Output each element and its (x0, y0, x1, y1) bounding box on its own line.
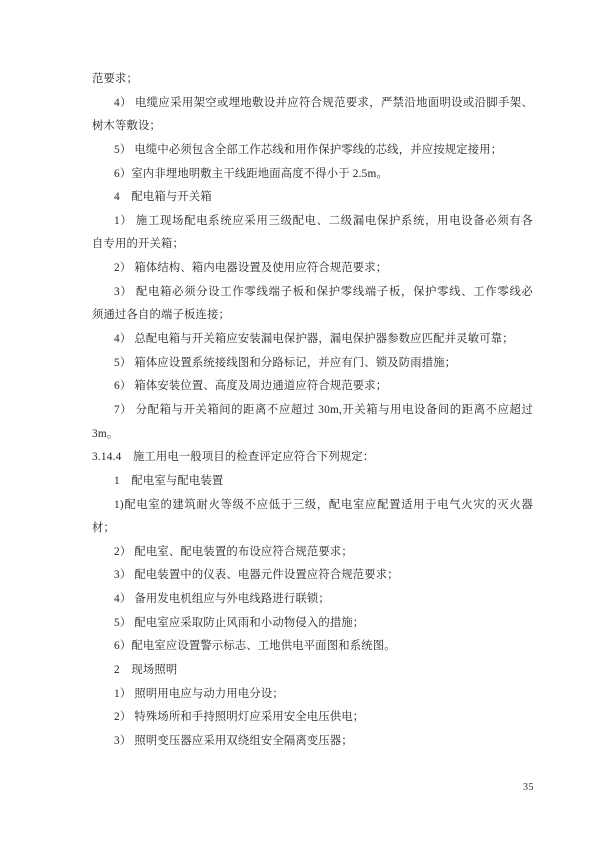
body-line: 材； (92, 517, 533, 541)
body-line: 须通过各自的端子板连接； (92, 304, 533, 328)
list-item-line: 3） 照明变压器应采用双绕组安全隔离变压器； (92, 730, 533, 754)
list-item-line: 3） 配电箱必须分设工作零线端子板和保护零线端子板，保护零线、工作零线必 (92, 281, 533, 305)
list-item-line: 2） 配电室、配电装置的布设应符合规范要求； (92, 541, 533, 565)
list-item-line: 3） 配电装置中的仪表、电器元件设置应符合规范要求； (92, 564, 533, 588)
section-heading: 2 现场照明 (92, 659, 533, 683)
body-line: 3m。 (92, 423, 533, 447)
section-heading: 4 配电箱与开关箱 (92, 186, 533, 210)
section-heading: 1 配电室与配电装置 (92, 470, 533, 494)
body-line: 自专用的开关箱； (92, 233, 533, 257)
body-line: 树木等敷设； (92, 115, 533, 139)
list-item-line: 5） 箱体应设置系统接线图和分路标记，并应有门、锁及防雨措施； (92, 352, 533, 376)
list-item-line: 6） 箱体安装位置、高度及周边通道应符合规范要求； (92, 375, 533, 399)
list-item-line: 2） 箱体结构、箱内电器设置及使用应符合规范要求； (92, 257, 533, 281)
list-item-line: 4） 总配电箱与开关箱应安装漏电保护器，漏电保护器参数应匹配并灵敏可靠； (92, 328, 533, 352)
list-item-line: 4） 备用发电机组应与外电线路进行联锁； (92, 588, 533, 612)
list-item-line: 1)配电室的建筑耐火等级不应低于三级，配电室应配置适用于电气火灾的灭火器 (92, 494, 533, 518)
clause-heading: 3.14.4 施工用电一般项目的检查评定应符合下列规定： (92, 446, 533, 470)
document-body: 范要求；4） 电缆应采用架空或埋地敷设并应符合规范要求，严禁沿地面明设或沿脚手架… (92, 68, 533, 754)
list-item-line: 2） 特殊场所和手持照明灯应采用安全电压供电； (92, 706, 533, 730)
list-item-line: 1） 照明用电应与动力用电分设； (92, 683, 533, 707)
list-item-line: 6）配电室应设置警示标志、工地供电平面图和系统图。 (92, 635, 533, 659)
list-item-line: 7） 分配箱与开关箱间的距离不应超过 30m,开关箱与用电设备间的距离不应超过 (92, 399, 533, 423)
list-item-line: 5） 电缆中必须包含全部工作芯线和用作保护零线的芯线，并应按规定接用； (92, 139, 533, 163)
body-line: 范要求； (92, 68, 533, 92)
list-item-line: 1） 施工现场配电系统应采用三级配电、二级漏电保护系统，用电设备必须有各 (92, 210, 533, 234)
list-item-line: 4） 电缆应采用架空或埋地敷设并应符合规范要求，严禁沿地面明设或沿脚手架、 (92, 92, 533, 116)
list-item-line: 5） 配电室应采取防止风雨和小动物侵入的措施； (92, 612, 533, 636)
page-number: 35 (523, 782, 534, 793)
list-item-line: 6）室内非埋地明敷主干线距地面高度不得小于 2.5m。 (92, 163, 533, 187)
document-page: 范要求；4） 电缆应采用架空或埋地敷设并应符合规范要求，严禁沿地面明设或沿脚手架… (0, 0, 600, 848)
